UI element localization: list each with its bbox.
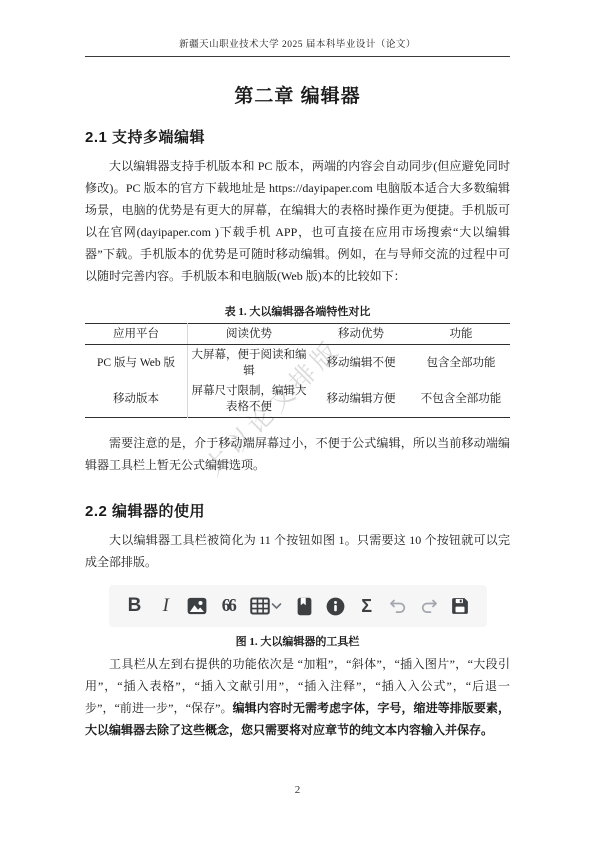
chevron-down-icon <box>271 593 283 619</box>
paragraph-text: 电脑版本适合大多数编辑场景，电脑的优势是有更大的屏幕，在编辑大的表格时操作更为便… <box>85 181 510 283</box>
running-header: 新疆天山职业技术大学 2025 届本科毕业设计（论文） <box>85 36 510 57</box>
column-header: 阅读优势 <box>188 324 311 345</box>
comparison-table: 应用平台 阅读优势 移动优势 功能 PC 版与 Web 版 大屏幕，便于阅读和编… <box>85 323 510 418</box>
formula-icon: Σ <box>357 593 377 619</box>
table-cell: PC 版与 Web 版 <box>85 345 188 382</box>
document-page: 大以论文排版 新疆天山职业技术大学 2025 届本科毕业设计（论文） 第二章 编… <box>0 0 595 842</box>
table-cell: 移动编辑方便 <box>310 381 412 418</box>
table-cell: 屏幕尺寸限制，编辑大表格不便 <box>188 381 311 418</box>
insert-image-icon <box>187 593 207 619</box>
section-heading-2-1: 2.1 支持多端编辑 <box>85 126 510 147</box>
table-cell: 移动编辑不便 <box>310 345 412 382</box>
paragraph-mobile-note: 需要注意的是，介于移动端屏幕过小，不便于公式编辑，所以当前移动端编辑器工具栏上暂… <box>85 432 510 476</box>
section-heading-2-2: 2.2 编辑器的使用 <box>85 500 510 521</box>
info-icon <box>325 593 345 619</box>
save-icon <box>450 593 470 619</box>
chapter-title: 第二章 编辑器 <box>85 81 510 108</box>
page-number: 2 <box>0 784 595 796</box>
citation-icon <box>294 593 314 619</box>
table-cell: 移动版本 <box>85 381 188 418</box>
bold-icon: B <box>125 593 145 619</box>
insert-table-icon <box>250 593 270 619</box>
paragraph-toolbar-functions: 工具栏从左到右提供的功能依次是 “加粗”，“斜体”，“插入图片”，“大段引用”，… <box>85 653 510 741</box>
table-cell: 包含全部功能 <box>412 345 510 382</box>
paragraph-multi-device: 大以编辑器支持手机版本和 PC 版本，两端的内容会自动同步(但应避免同时修改)。… <box>85 155 510 287</box>
undo-icon <box>388 593 408 619</box>
column-header: 移动优势 <box>310 324 412 345</box>
figure-toolbar-screenshot: B I 66 Σ <box>85 585 510 649</box>
redo-icon <box>419 593 439 619</box>
download-url: https://dayipaper.com <box>269 181 373 195</box>
column-header: 功能 <box>412 324 510 345</box>
paragraph-toolbar-intro: 大以编辑器工具栏被简化为 11 个按钮如图 1。只需要这 10 个按钮就可以完成… <box>85 529 510 573</box>
table-row: 移动版本 屏幕尺寸限制，编辑大表格不便 移动编辑方便 不包含全部功能 <box>85 381 510 418</box>
table-cell: 不包含全部功能 <box>412 381 510 418</box>
italic-icon: I <box>156 593 176 619</box>
table-header-row: 应用平台 阅读优势 移动优势 功能 <box>85 324 510 345</box>
figure-caption: 图 1. 大以编辑器的工具栏 <box>85 633 510 649</box>
blockquote-icon: 66 <box>218 593 238 619</box>
editor-toolbar-image: B I 66 Σ <box>109 585 487 627</box>
table-row: PC 版与 Web 版 大屏幕，便于阅读和编辑 移动编辑不便 包含全部功能 <box>85 345 510 382</box>
column-header: 应用平台 <box>85 324 188 345</box>
table-caption: 表 1. 大以编辑器各端特性对比 <box>85 303 510 319</box>
table-cell: 大屏幕，便于阅读和编辑 <box>188 345 311 382</box>
